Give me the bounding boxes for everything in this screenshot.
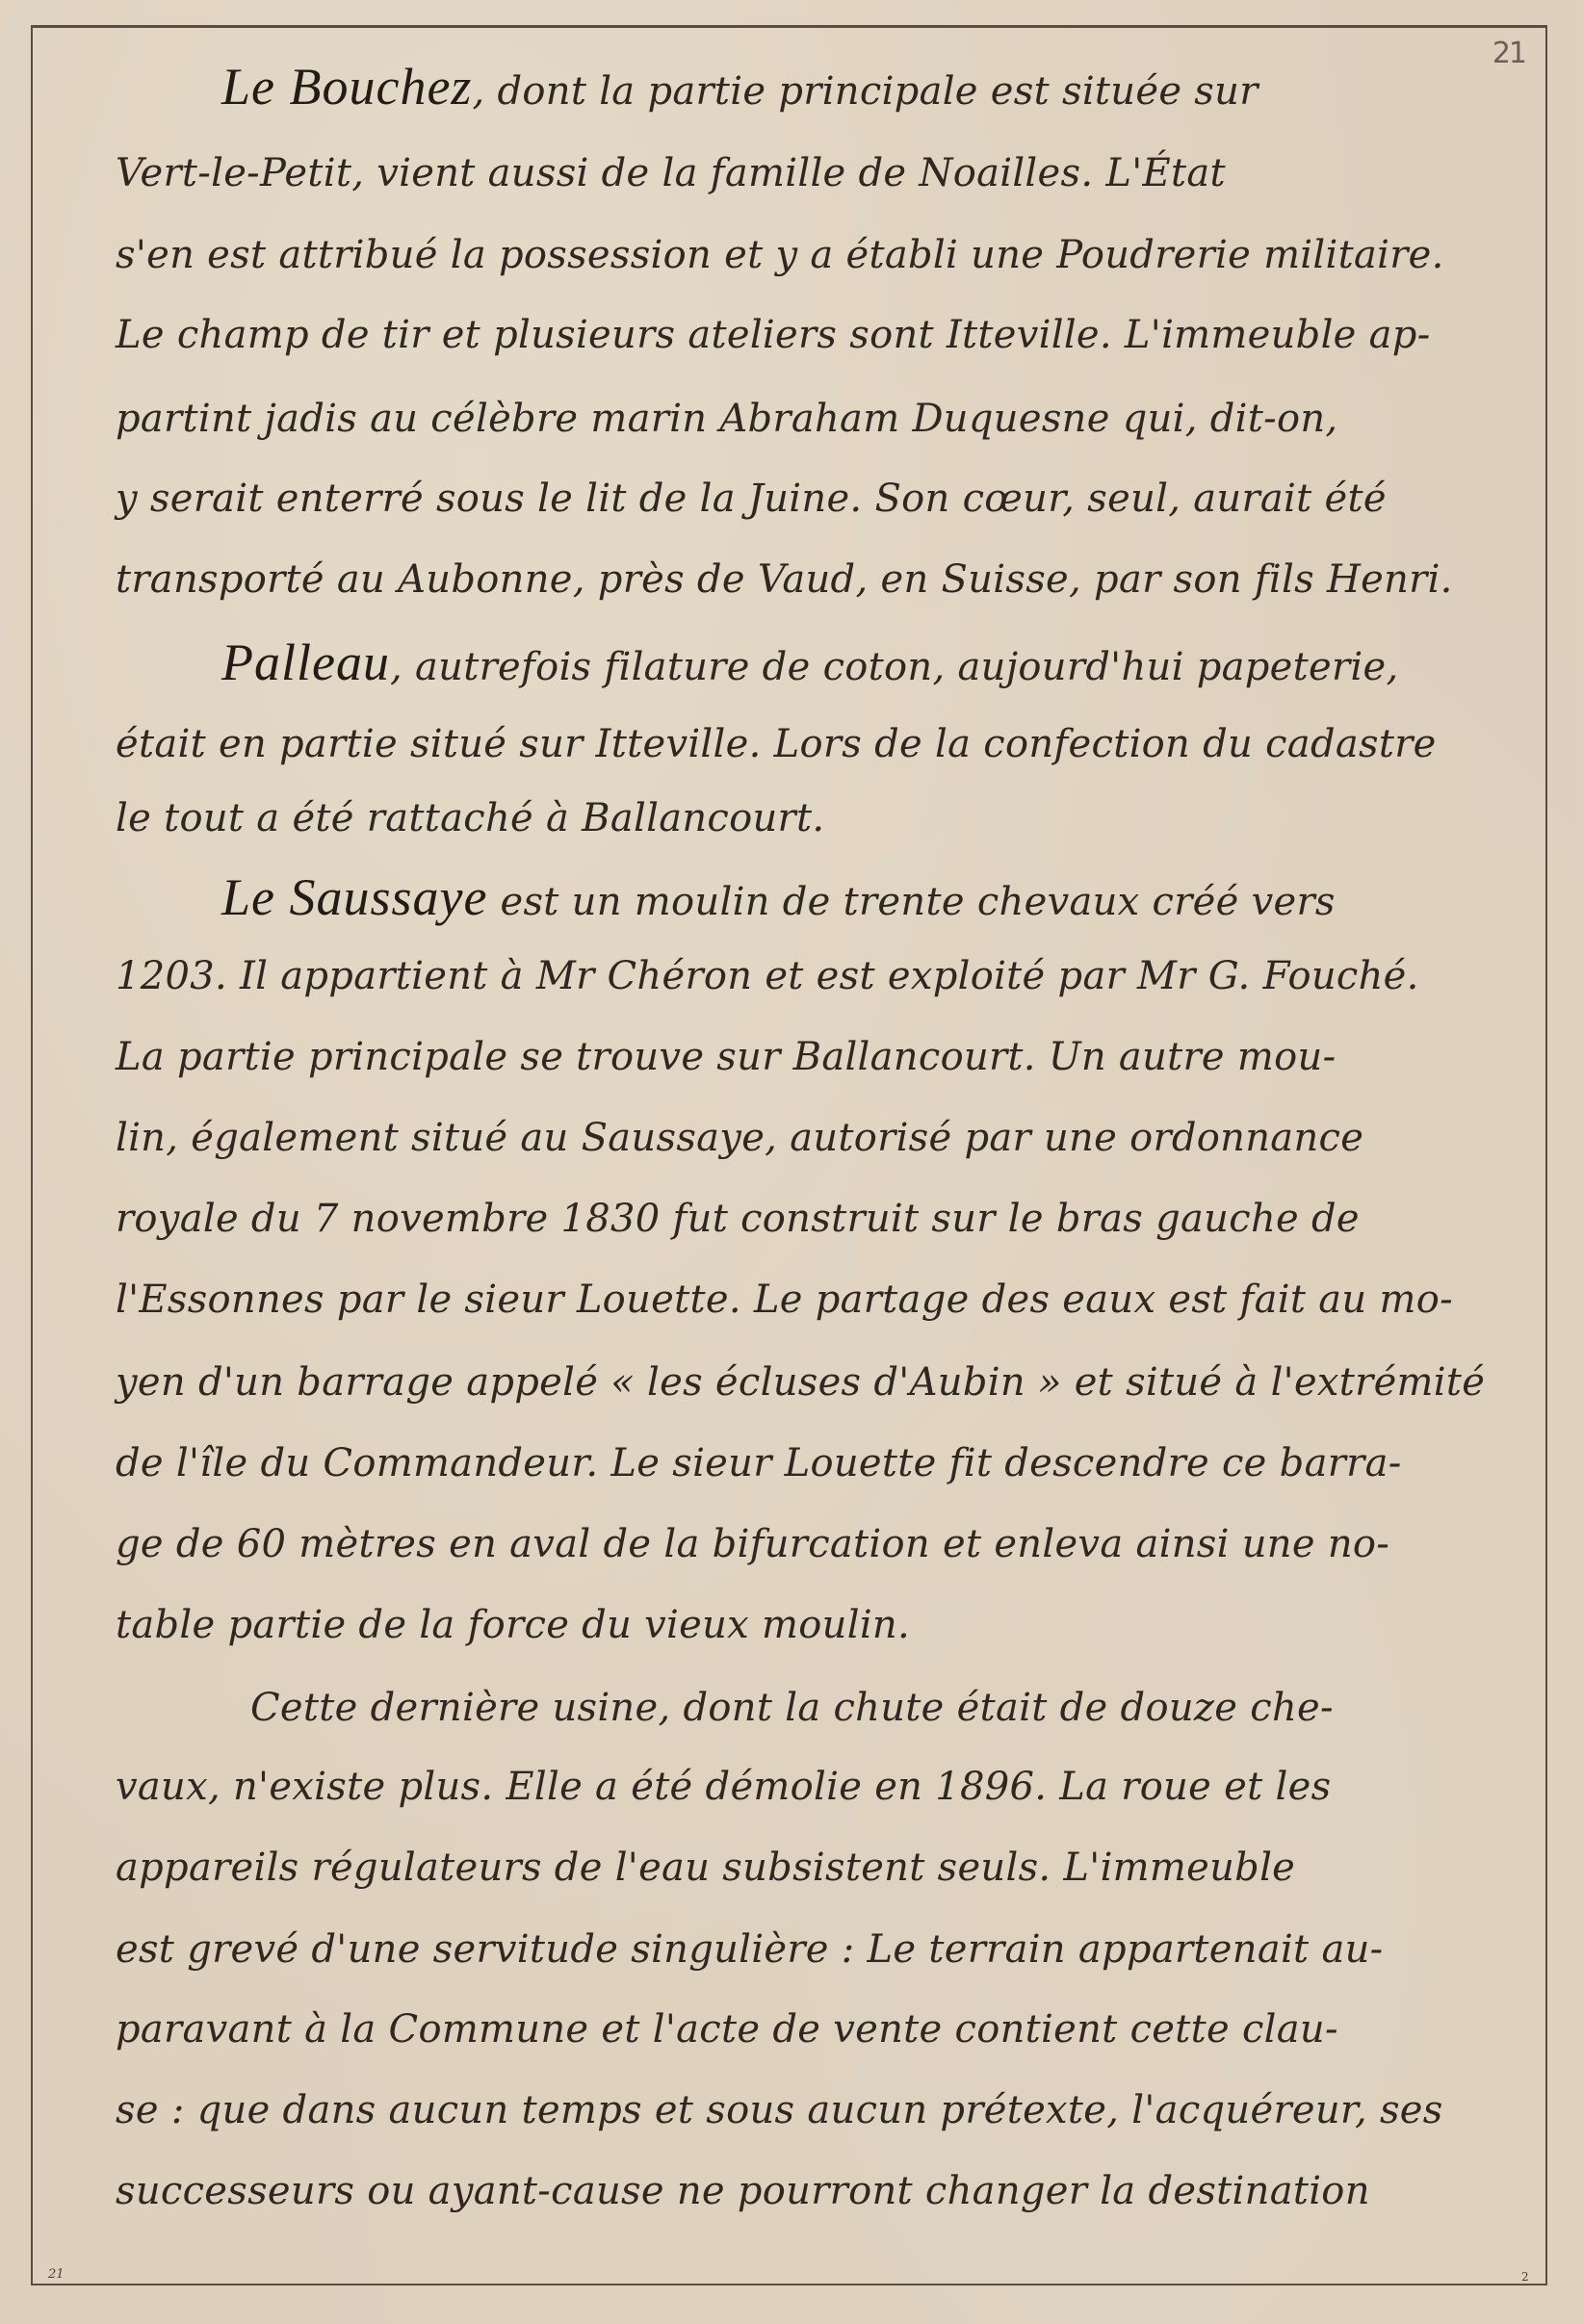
text-line: table partie de la force du vieux moulin… (116, 1596, 910, 1654)
text-line: successeurs ou ayant-cause ne pourront c… (116, 2162, 1370, 2220)
footer-mark-left: 21 (48, 2267, 65, 2282)
text-line: Palleau, autrefois filature de coton, au… (221, 633, 1399, 691)
text-line: le tout a été rattaché à Ballancourt. (116, 789, 824, 847)
text-line: se : que dans aucun temps et sous aucun … (116, 2081, 1443, 2139)
text-line: royale du 7 novembre 1830 fut construit … (116, 1190, 1360, 1248)
section-heading-le-saussaye: Le Saussaye (221, 868, 487, 926)
text-line: Le Saussaye est un moulin de trente chev… (221, 868, 1336, 926)
text-line: Le champ de tir et plusieurs ateliers so… (116, 306, 1431, 364)
text-line: yen d'un barrage appelé « les écluses d'… (116, 1354, 1485, 1411)
text-line: La partie principale se trouve sur Balla… (116, 1028, 1336, 1086)
section-heading-palleau: Palleau (221, 633, 390, 691)
manuscript-page: 21 21 2 Le Bouchez, dont la partie princ… (0, 0, 1583, 2324)
text-line: Cette dernière usine, dont la chute étai… (250, 1679, 1334, 1737)
text-line: y serait enterré sous le lit de la Juine… (116, 470, 1387, 528)
section-heading-le-bouchez: Le Bouchez (221, 58, 472, 116)
page-number: 21 (1492, 37, 1525, 70)
text-line: Le Bouchez, dont la partie principale es… (221, 58, 1259, 116)
text-line: était en partie situé sur Itteville. Lor… (116, 715, 1437, 773)
text-line: l'Essonnes par le sieur Louette. Le part… (116, 1271, 1453, 1329)
footer-mark-right: 2 (1521, 2270, 1529, 2284)
text-line: vaux, n'existe plus. Elle a été démolie … (116, 1758, 1331, 1816)
text-line: ge de 60 mètres en aval de la bifurcatio… (116, 1515, 1389, 1573)
text-line: s'en est attribué la possession et y a é… (116, 226, 1444, 284)
line-text: , dont la partie principale est située s… (472, 69, 1258, 114)
text-line: lin, également situé au Saussaye, autori… (116, 1109, 1363, 1167)
text-line: paravant à la Commune et l'acte de vente… (116, 2001, 1338, 2058)
text-line: Vert-le-Petit, vient aussi de la famille… (116, 144, 1226, 202)
text-line: de l'île du Commandeur. Le sieur Louette… (116, 1434, 1402, 1492)
text-line: 1203. Il appartient à Mr Chéron et est e… (116, 947, 1419, 1005)
line-text: est un moulin de trente chevaux créé ver… (487, 880, 1335, 924)
text-line: transporté au Aubonne, près de Vaud, en … (116, 551, 1453, 608)
text-line: partint jadis au célèbre marin Abraham D… (116, 390, 1337, 448)
text-line: est grevé d'une servitude singulière : L… (116, 1921, 1383, 1978)
line-text: , autrefois filature de coton, aujourd'h… (390, 645, 1399, 689)
text-line: appareils régulateurs de l'eau subsisten… (116, 1839, 1295, 1897)
